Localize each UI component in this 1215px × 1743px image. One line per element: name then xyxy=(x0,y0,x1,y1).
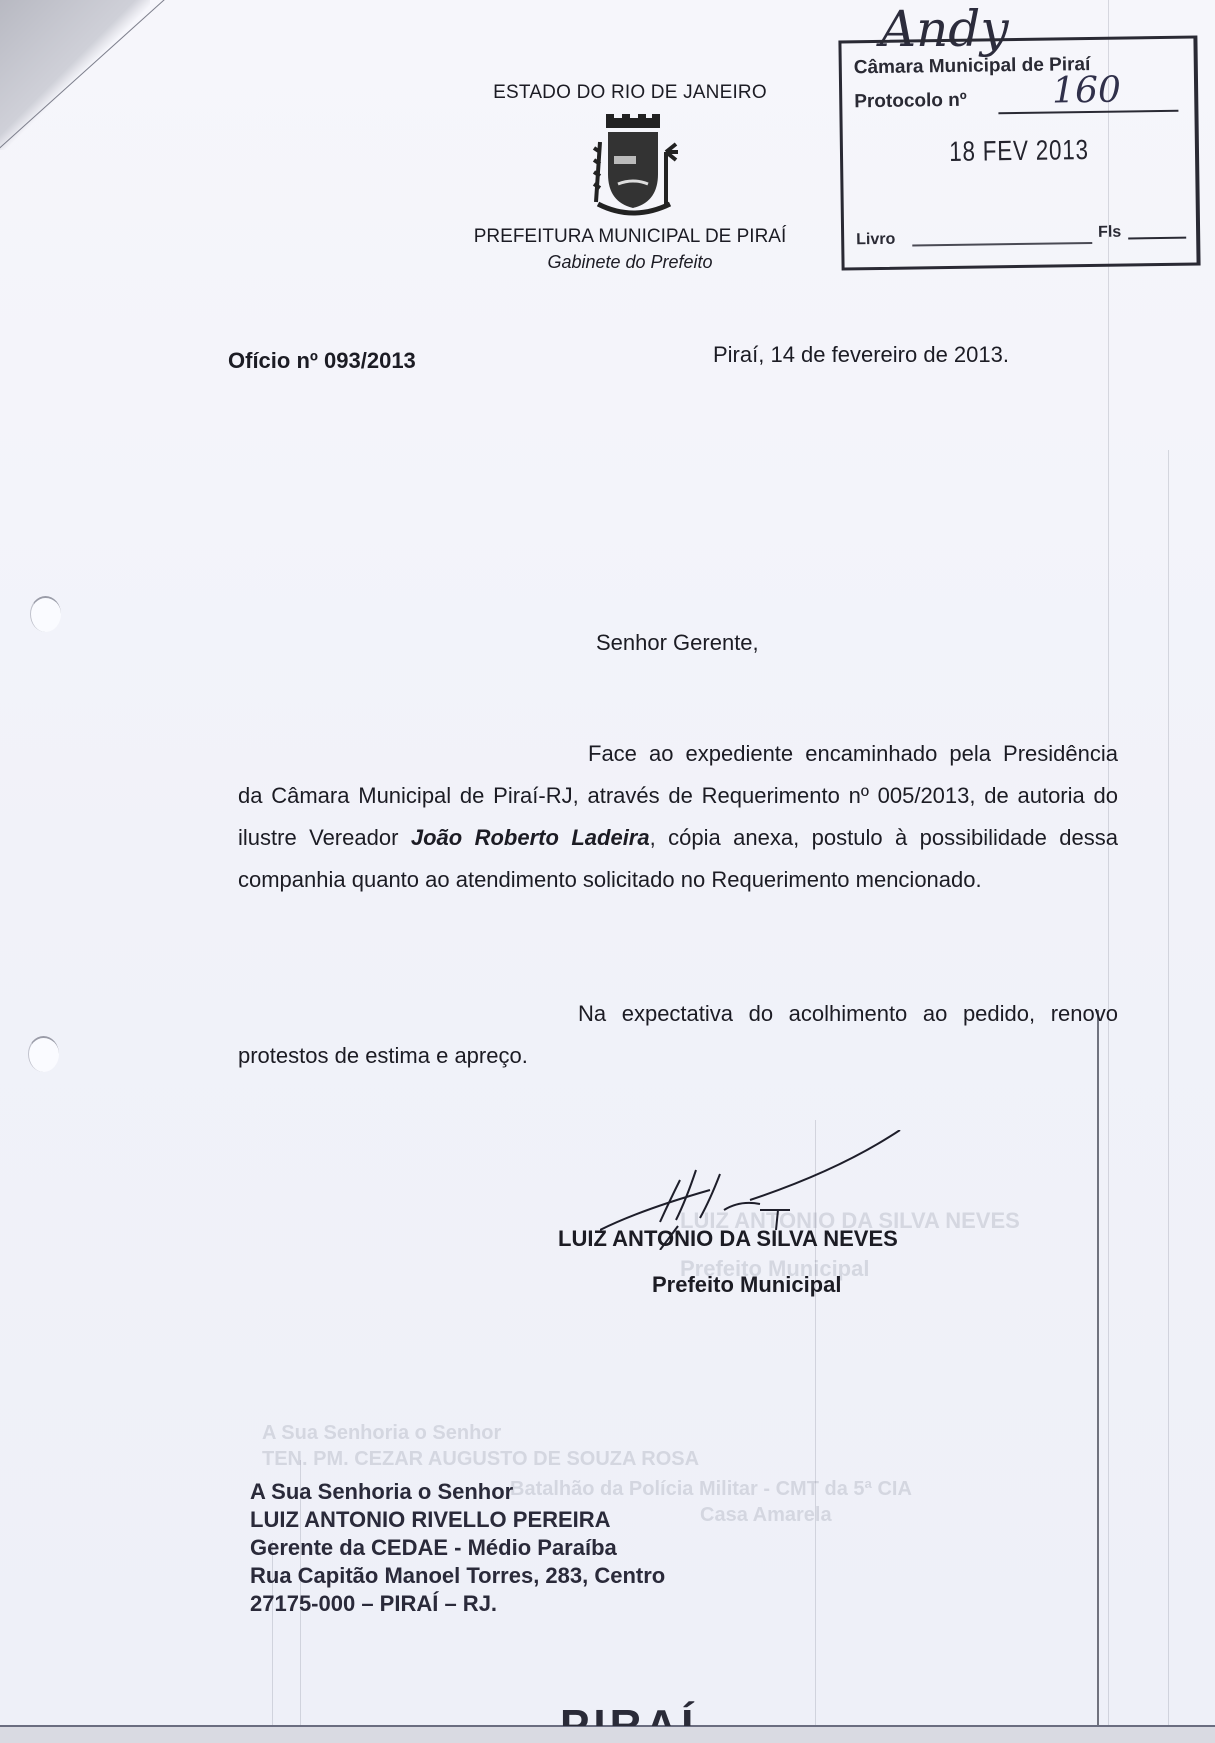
recipient-line: Gerente da CEDAE - Médio Paraíba xyxy=(250,1534,665,1562)
signer-name: LUIZ ANTONIO DA SILVA NEVES xyxy=(558,1226,898,1252)
bleed-through-line: A Sua Senhoria o Senhor xyxy=(262,1422,501,1445)
stamp-page-underline xyxy=(1128,237,1186,240)
letterhead-prefecture: PREFEITURA MUNICIPAL DE PIRAÍ xyxy=(440,226,820,248)
recipient-line: 27175-000 – PIRAÍ – RJ. xyxy=(250,1590,665,1618)
councilman-name: João Roberto Ladeira xyxy=(411,825,650,850)
stamp-date: 18 FEV 2013 xyxy=(878,133,1160,169)
signer-title: Prefeito Municipal xyxy=(652,1272,841,1298)
salutation: Senhor Gerente, xyxy=(596,630,759,656)
stamp-book-underline xyxy=(912,242,1092,247)
scan-line xyxy=(1097,1010,1099,1725)
coat-of-arms-icon xyxy=(578,112,688,222)
paragraph-closing-text: Na expectativa do acolhimento ao pedido,… xyxy=(238,1001,1118,1068)
protocol-stamp: Câmara Municipal de Piraí Protocolo nº 1… xyxy=(838,36,1200,271)
scanner-bed-edge xyxy=(0,1725,1215,1743)
punch-hole-icon xyxy=(30,596,61,632)
footer-logo: PIRAÍ xyxy=(560,1690,697,1726)
letterhead-office: Gabinete do Prefeito xyxy=(440,252,820,273)
recipient-line: Rua Capitão Manoel Torres, 283, Centro xyxy=(250,1562,665,1590)
letterhead-state: ESTADO DO RIO DE JANEIRO xyxy=(440,82,820,104)
stamp-book-label: Livro xyxy=(856,231,895,250)
bleed-through-line: TEN. PM. CEZAR AUGUSTO DE SOUZA ROSA xyxy=(262,1448,699,1471)
recipient-line: A Sua Senhoria o Senhor xyxy=(250,1478,665,1506)
scan-line xyxy=(1168,450,1169,1725)
recipient-line: LUIZ ANTONIO RIVELLO PEREIRA xyxy=(250,1506,665,1534)
bleed-through-line: Casa Amarela xyxy=(700,1504,832,1527)
stamp-protocol-label: Protocolo nº xyxy=(854,90,967,114)
place-and-date: Piraí, 14 de fevereiro de 2013. xyxy=(713,342,1009,368)
document-reference: Ofício nº 093/2013 xyxy=(228,348,416,374)
paragraph-closing: Na expectativa do acolhimento ao pedido,… xyxy=(238,993,1118,1077)
paragraph-request: Face ao expediente encaminhado pela Pres… xyxy=(238,733,1118,901)
stamp-protocol-number: 160 xyxy=(1052,70,1121,112)
punch-hole-icon xyxy=(28,1036,59,1072)
stamp-page-label: Fls xyxy=(1098,224,1121,242)
recipient-block: A Sua Senhoria o Senhor LUIZ ANTONIO RIV… xyxy=(250,1478,665,1618)
